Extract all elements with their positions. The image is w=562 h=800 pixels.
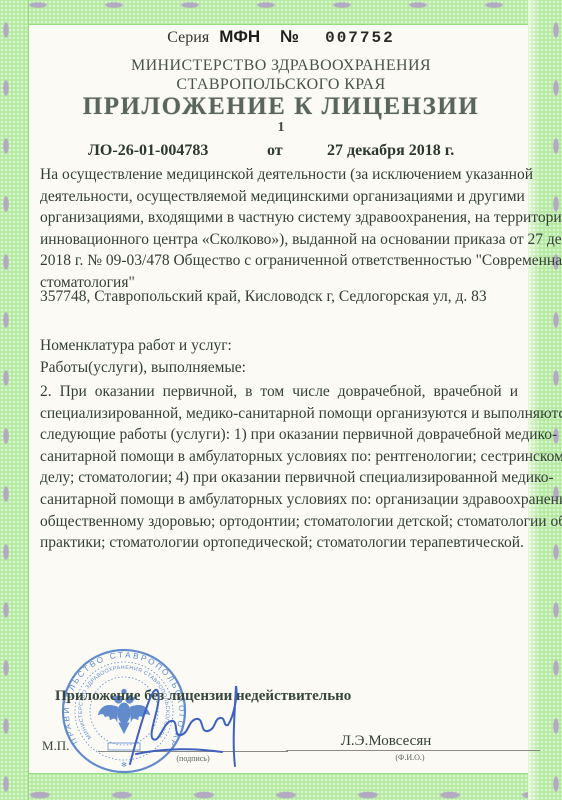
nomenclature-label: Номенклатура работ и услуг: [40,337,232,355]
number-sign: № [280,27,299,47]
series-number: 007752 [325,29,395,47]
text-line: санитарной помощи в амбулаторных условия… [40,489,518,511]
border-top-ornament [0,0,562,25]
text-line: организациями, входящими в частную систе… [40,207,518,229]
fio-caption: (Ф.И.О.) [355,753,465,762]
license-appendix-document: Серия МФН № 007752 МИНИСТЕРСТВО ЗДРАВООХ… [0,0,562,800]
page-title: ПРИЛОЖЕНИЕ К ЛИЦЕНЗИИ [0,93,562,121]
text-line: следующие работы (услуги): 1) при оказан… [40,424,518,446]
address-line: 357748, Ставропольский край, Кисловодск … [40,288,530,306]
fio-value: Л.Э.Мовсесян [286,733,486,750]
series-label: Серия [167,29,209,47]
license-number: ЛО-26-01-004783 [88,142,208,160]
signature [122,666,250,778]
ministry-name-line1: МИНИСТЕРСТВО ЗДРАВООХРАНЕНИЯ [0,57,562,75]
text-line: делу; стоматологии; 4) при оказании перв… [40,467,518,489]
text-line: общественному здоровью; ортодонтии; стом… [40,511,518,533]
series-code: МФН [219,27,260,47]
text-line: 2. При оказании первичной, в том числе д… [40,381,518,403]
from-label: от [267,142,283,160]
text-line: 2018 г. № 09-03/478 Общество с ограничен… [40,250,518,272]
series-row: Серия МФН № 007752 [0,27,562,47]
text-line: На осуществление медицинской деятельност… [40,164,518,186]
works-label: Работы(услуги), выполняемые: [40,359,246,377]
text-line: специализированной, медико-санитарной по… [40,403,518,425]
text-line: инновационного центра «Сколково»), выдан… [40,229,518,251]
license-date: 27 декабря 2018 г. [327,142,454,160]
fio-line [286,750,540,751]
grant-paragraph: На осуществление медицинской деятельност… [40,164,518,294]
text-line: практики; стоматологии ортопедической; с… [40,532,518,554]
works-paragraph: 2. При оказании первичной, в том числе д… [40,381,518,554]
appendix-number: 1 [0,120,562,136]
text-line: санитарной помощи в амбулаторных условия… [40,446,518,468]
ministry-name-line2: СТАВРОПОЛЬСКОГО КРАЯ [0,76,562,94]
text-line: деятельности, осуществляемой медицинским… [40,186,518,208]
